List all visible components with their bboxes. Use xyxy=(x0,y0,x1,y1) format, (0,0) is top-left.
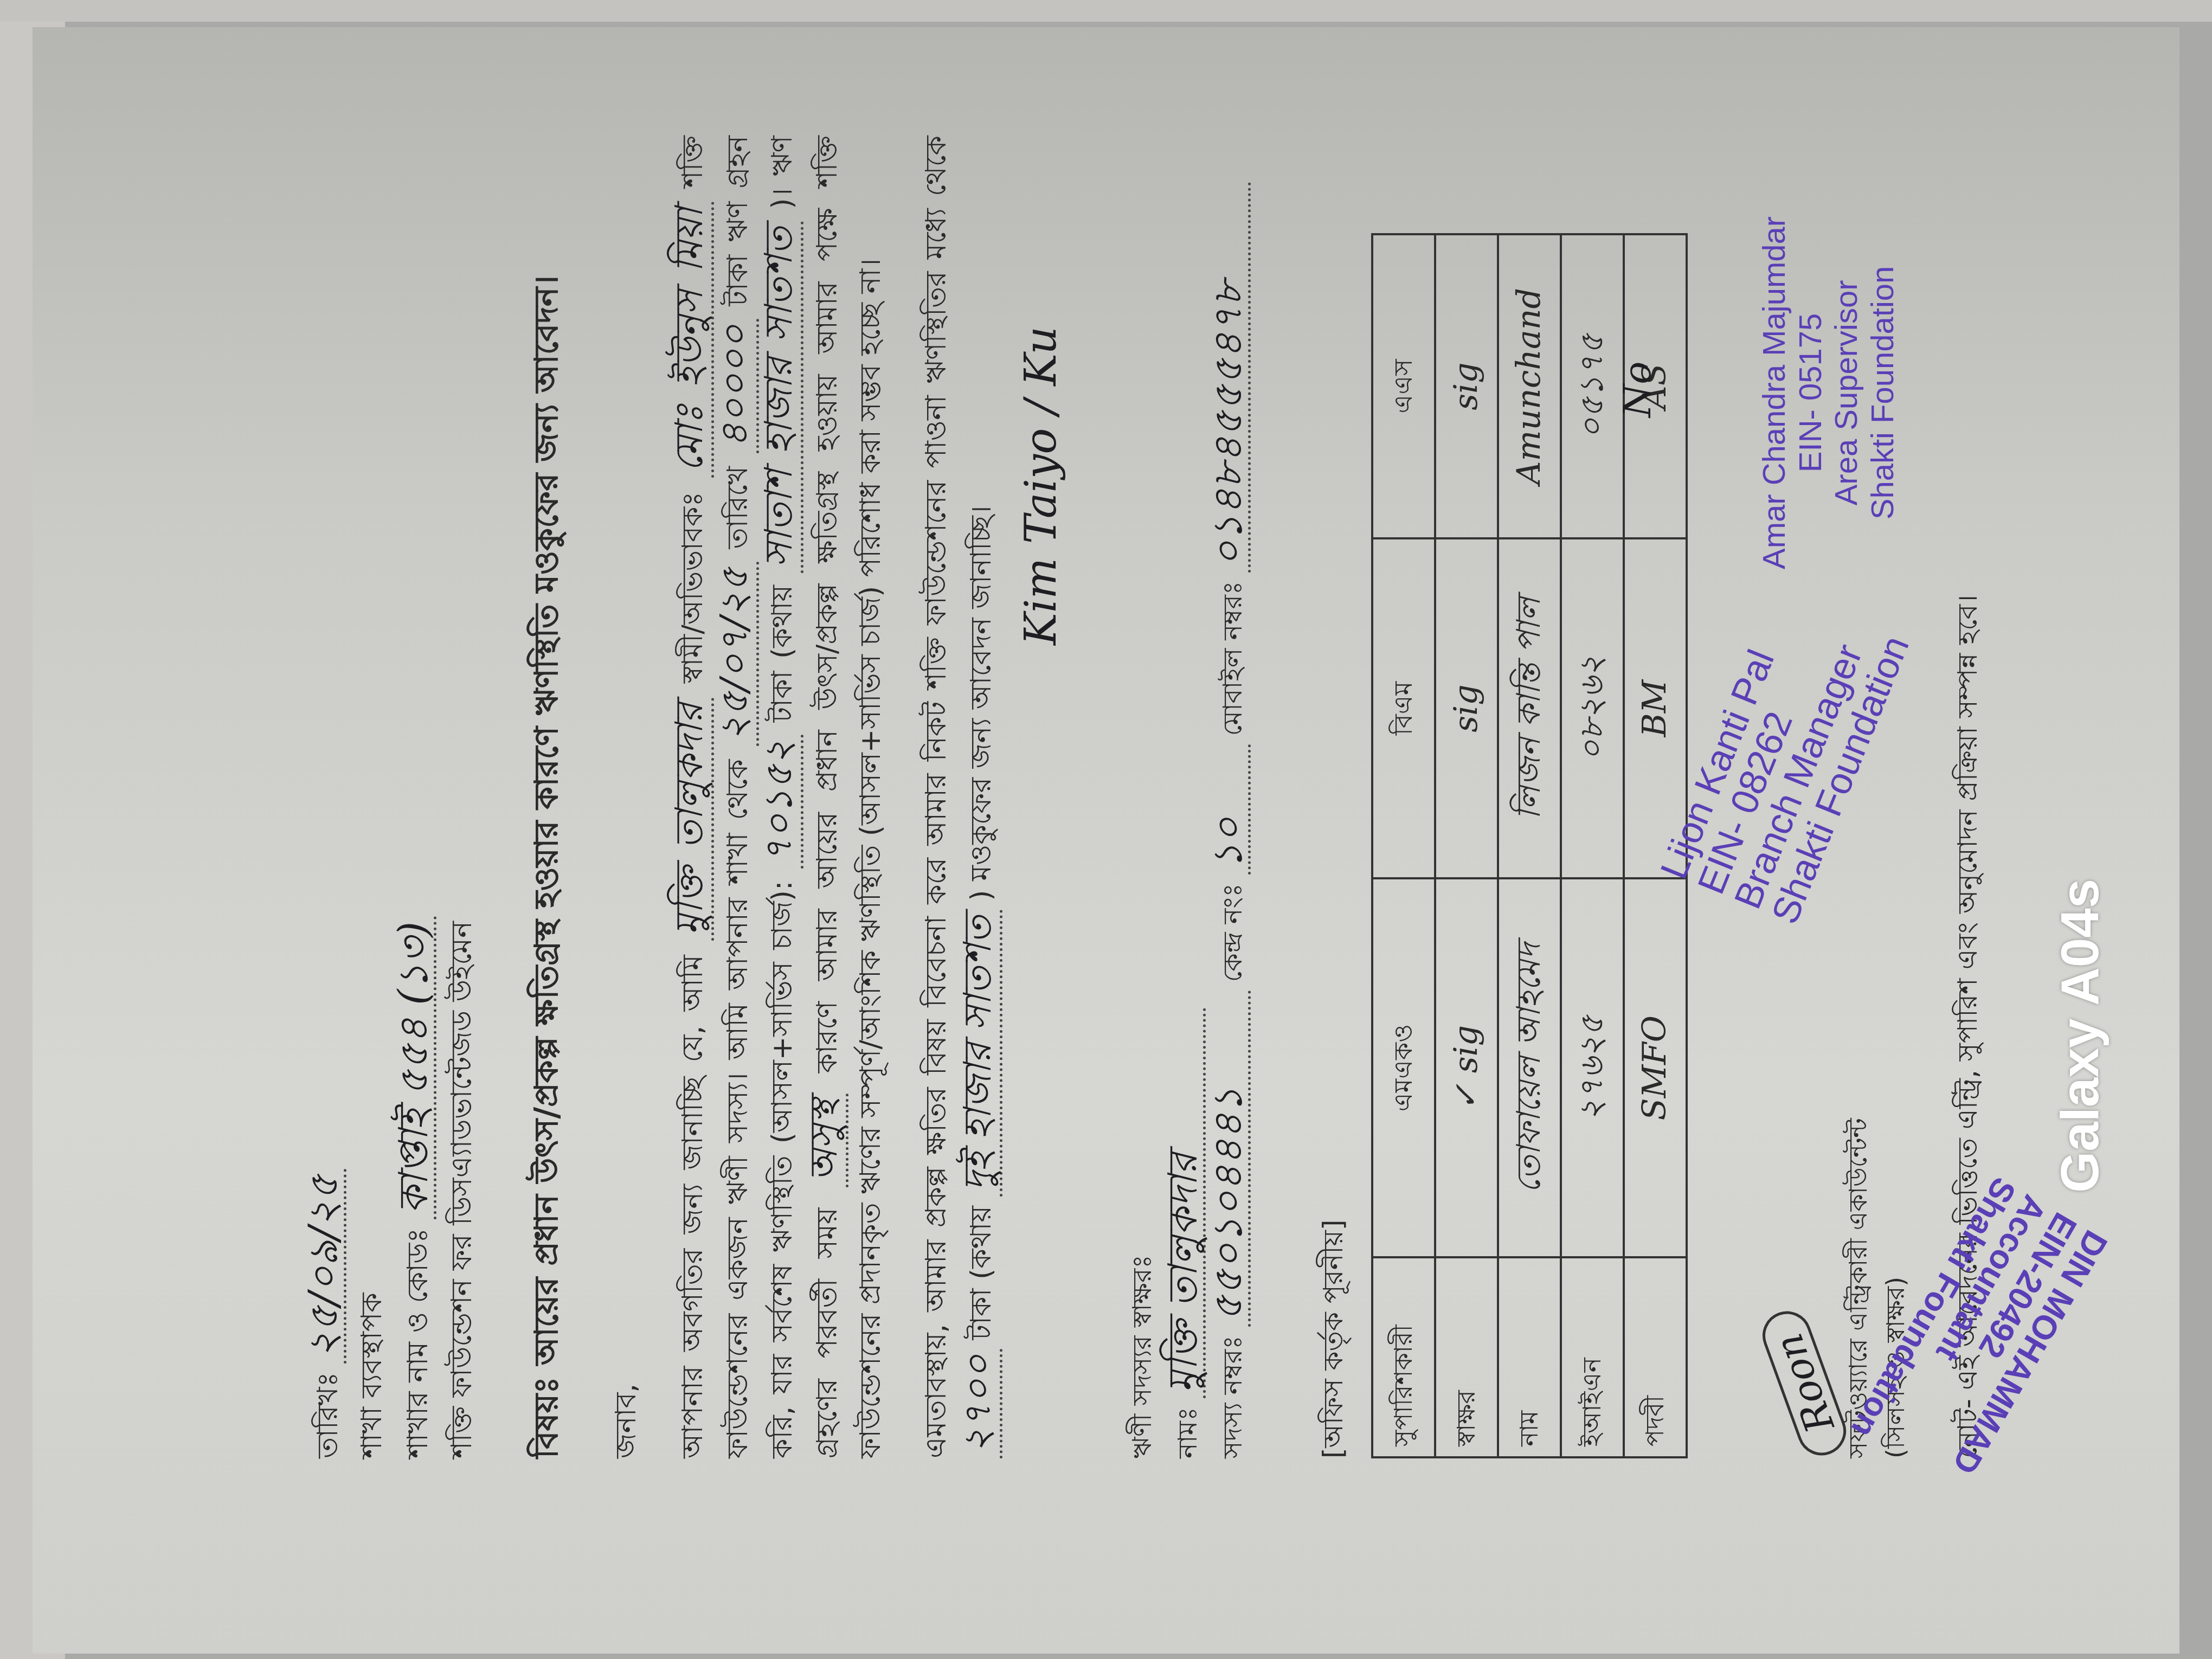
row-label: নাম xyxy=(1498,1257,1561,1457)
table-row: ইআইএন ২৭৬২৫ ০৮২৬২ ০৫১৭৫ xyxy=(1561,234,1624,1457)
loan-date-field: ২৫/০৭/২৫ xyxy=(712,562,759,746)
branch-field: কাপ্তাই ৫৫৪ (১৩) xyxy=(394,916,436,1219)
accountant-signature: Roon xyxy=(1756,1304,1853,1462)
text: স্বামী/অভিভাবকঃ xyxy=(677,492,709,684)
designation-cell: SMFO xyxy=(1624,878,1687,1257)
date-field: ২৫/০৯/২৫ xyxy=(304,1169,346,1363)
outstanding-field: ৭০১৫২ xyxy=(756,735,803,869)
member-no-value: ৫৫০১০৪৪৪১ xyxy=(1208,991,1251,1327)
stamp-line: Amar Chandra Majumdar xyxy=(1757,216,1793,569)
organization-name: শক্তি ফাউন্ডেশন ফর ডিসএ্যাডভান্টেজড উইমে… xyxy=(440,136,484,1458)
mobile-label: মোবাইল নম্বরঃ xyxy=(1213,581,1253,736)
text: টাকা (কথায় xyxy=(965,1206,998,1340)
header-recommender: সুপারিশকারী xyxy=(1372,1257,1435,1457)
ein-cell: ০৮২৬২ xyxy=(1561,538,1624,878)
member-name-value: মুক্তি তালুকদার xyxy=(1163,1008,1206,1398)
stamp-line: Shakti Foundation xyxy=(1865,216,1901,569)
name-cell: লিজন কান্তি পাল xyxy=(1498,538,1561,878)
paragraph-application: আপনার অবগতির জন্য জানাচ্ছি যে, আমি মুক্ত… xyxy=(670,136,893,1458)
waiver-amount-field: ২৭০০ xyxy=(955,1349,1002,1458)
handwritten-margin-note: Kim Taiyo / Ku xyxy=(1019,136,1063,645)
branch-label: শাখার নাম ও কোডঃ xyxy=(396,1228,440,1458)
ein-cell: ০৫১৭৫ xyxy=(1561,234,1624,538)
area-supervisor-stamp: Amar Chandra Majumdar EIN- 05175 Area Su… xyxy=(1757,216,1901,569)
header-as: এএস xyxy=(1372,234,1435,538)
guardian-name-field: মোঃ ইউনুস মিয়া xyxy=(667,202,714,477)
member-name-row: নামঃ মুক্তি তালুকদার xyxy=(1163,136,1208,1458)
outstanding-words-field: সাতাশ হাজার সাতশত xyxy=(756,221,803,573)
center-label: কেন্দ্র নংঃ xyxy=(1213,883,1253,982)
member-signature-label: ঋণী সদস্যর স্বাক্ষরঃ xyxy=(1122,136,1162,1458)
name-label: নামঃ xyxy=(1168,1407,1208,1458)
name-cell: Amunchand xyxy=(1498,234,1561,538)
center-value: ১০ xyxy=(1208,744,1251,874)
header-smfo: এমএকও xyxy=(1372,878,1435,1257)
office-use-label: [অফিস কর্তৃক পূরনীয়] xyxy=(1313,136,1355,1458)
text: তারিখে xyxy=(722,466,754,549)
mobile-value: ০১৪৮৪৫৫৫৪৭৮ xyxy=(1208,182,1251,573)
camera-watermark: Galaxy A04s xyxy=(2049,879,2111,1193)
stamp-line: EIN- 05175 xyxy=(1793,216,1829,569)
row-label: স্বাক্ষর xyxy=(1435,1257,1498,1457)
header-bm: বিএম xyxy=(1372,538,1435,878)
table-header-row: সুপারিশকারী এমএকও বিএম এএস xyxy=(1372,234,1435,1457)
signature-cell: sig xyxy=(1435,234,1498,538)
member-name-field: মুক্তি তালুকদার xyxy=(667,698,714,941)
waiver-words-field: দুই হাজার সাতশত xyxy=(955,910,1002,1197)
ein-cell: ২৭৬২৫ xyxy=(1561,878,1624,1257)
member-section: ঋণী সদস্যর স্বাক্ষরঃ নামঃ মুক্তি তালুকদা… xyxy=(1122,136,1253,1458)
signature-cell: ✓ sig xyxy=(1435,878,1498,1257)
salutation: জনাব, xyxy=(605,136,648,1458)
branch-row: শাখার নাম ও কোডঃ কাপ্তাই ৫৫৪ (১৩) xyxy=(394,136,440,1458)
letter-header: তারিখঃ ২৫/০৯/২৫ শাখা ব্যবস্থাপক শাখার না… xyxy=(304,136,484,1458)
stamp-line: Area Supervisor xyxy=(1829,216,1865,569)
reason-field: অসুস্থ xyxy=(801,1094,848,1187)
member-no-label: সদস্য নম্বরঃ xyxy=(1213,1335,1253,1458)
text: এমতাবস্থায়, আমার প্রকল্প ক্ষতির বিষয় ব… xyxy=(920,136,953,1458)
date-label: তারিখঃ xyxy=(306,1372,350,1458)
paragraph-request: এমতাবস্থায়, আমার প্রকল্প ক্ষতির বিষয় ব… xyxy=(915,136,1063,1458)
member-numbers-row: সদস্য নম্বরঃ ৫৫০১০৪৪৪১ কেন্দ্র নংঃ ১০ মো… xyxy=(1208,136,1253,1458)
subject-line: বিষয়ঃ আয়ের প্রধান উৎস/প্রকল্প ক্ষতিগ্র… xyxy=(522,136,572,1458)
table-row: নাম তোফায়েল আহমেদ লিজন কান্তি পাল Amunc… xyxy=(1498,234,1561,1457)
signature-cell: sig xyxy=(1435,538,1498,878)
table-row: স্বাক্ষর ✓ sig sig sig xyxy=(1435,234,1498,1457)
addressee: শাখা ব্যবস্থাপক xyxy=(350,136,394,1458)
row-label: পদবী xyxy=(1624,1257,1687,1457)
handwritten-corner-note: No xyxy=(1618,362,1656,417)
date-row: তারিখঃ ২৫/০৯/২৫ xyxy=(304,136,350,1458)
text: আপনার অবগতির জন্য জানাচ্ছি যে, আমি xyxy=(677,955,709,1458)
text: টাকা (কথায় xyxy=(766,585,799,722)
text: ) মওকুফের জন্য আবেদন জানাচ্ছি। xyxy=(965,505,998,901)
row-label: ইআইএন xyxy=(1561,1257,1624,1457)
loan-amount-field: ৪০০০০ xyxy=(712,319,759,453)
name-cell: তোফায়েল আহমেদ xyxy=(1498,878,1561,1257)
